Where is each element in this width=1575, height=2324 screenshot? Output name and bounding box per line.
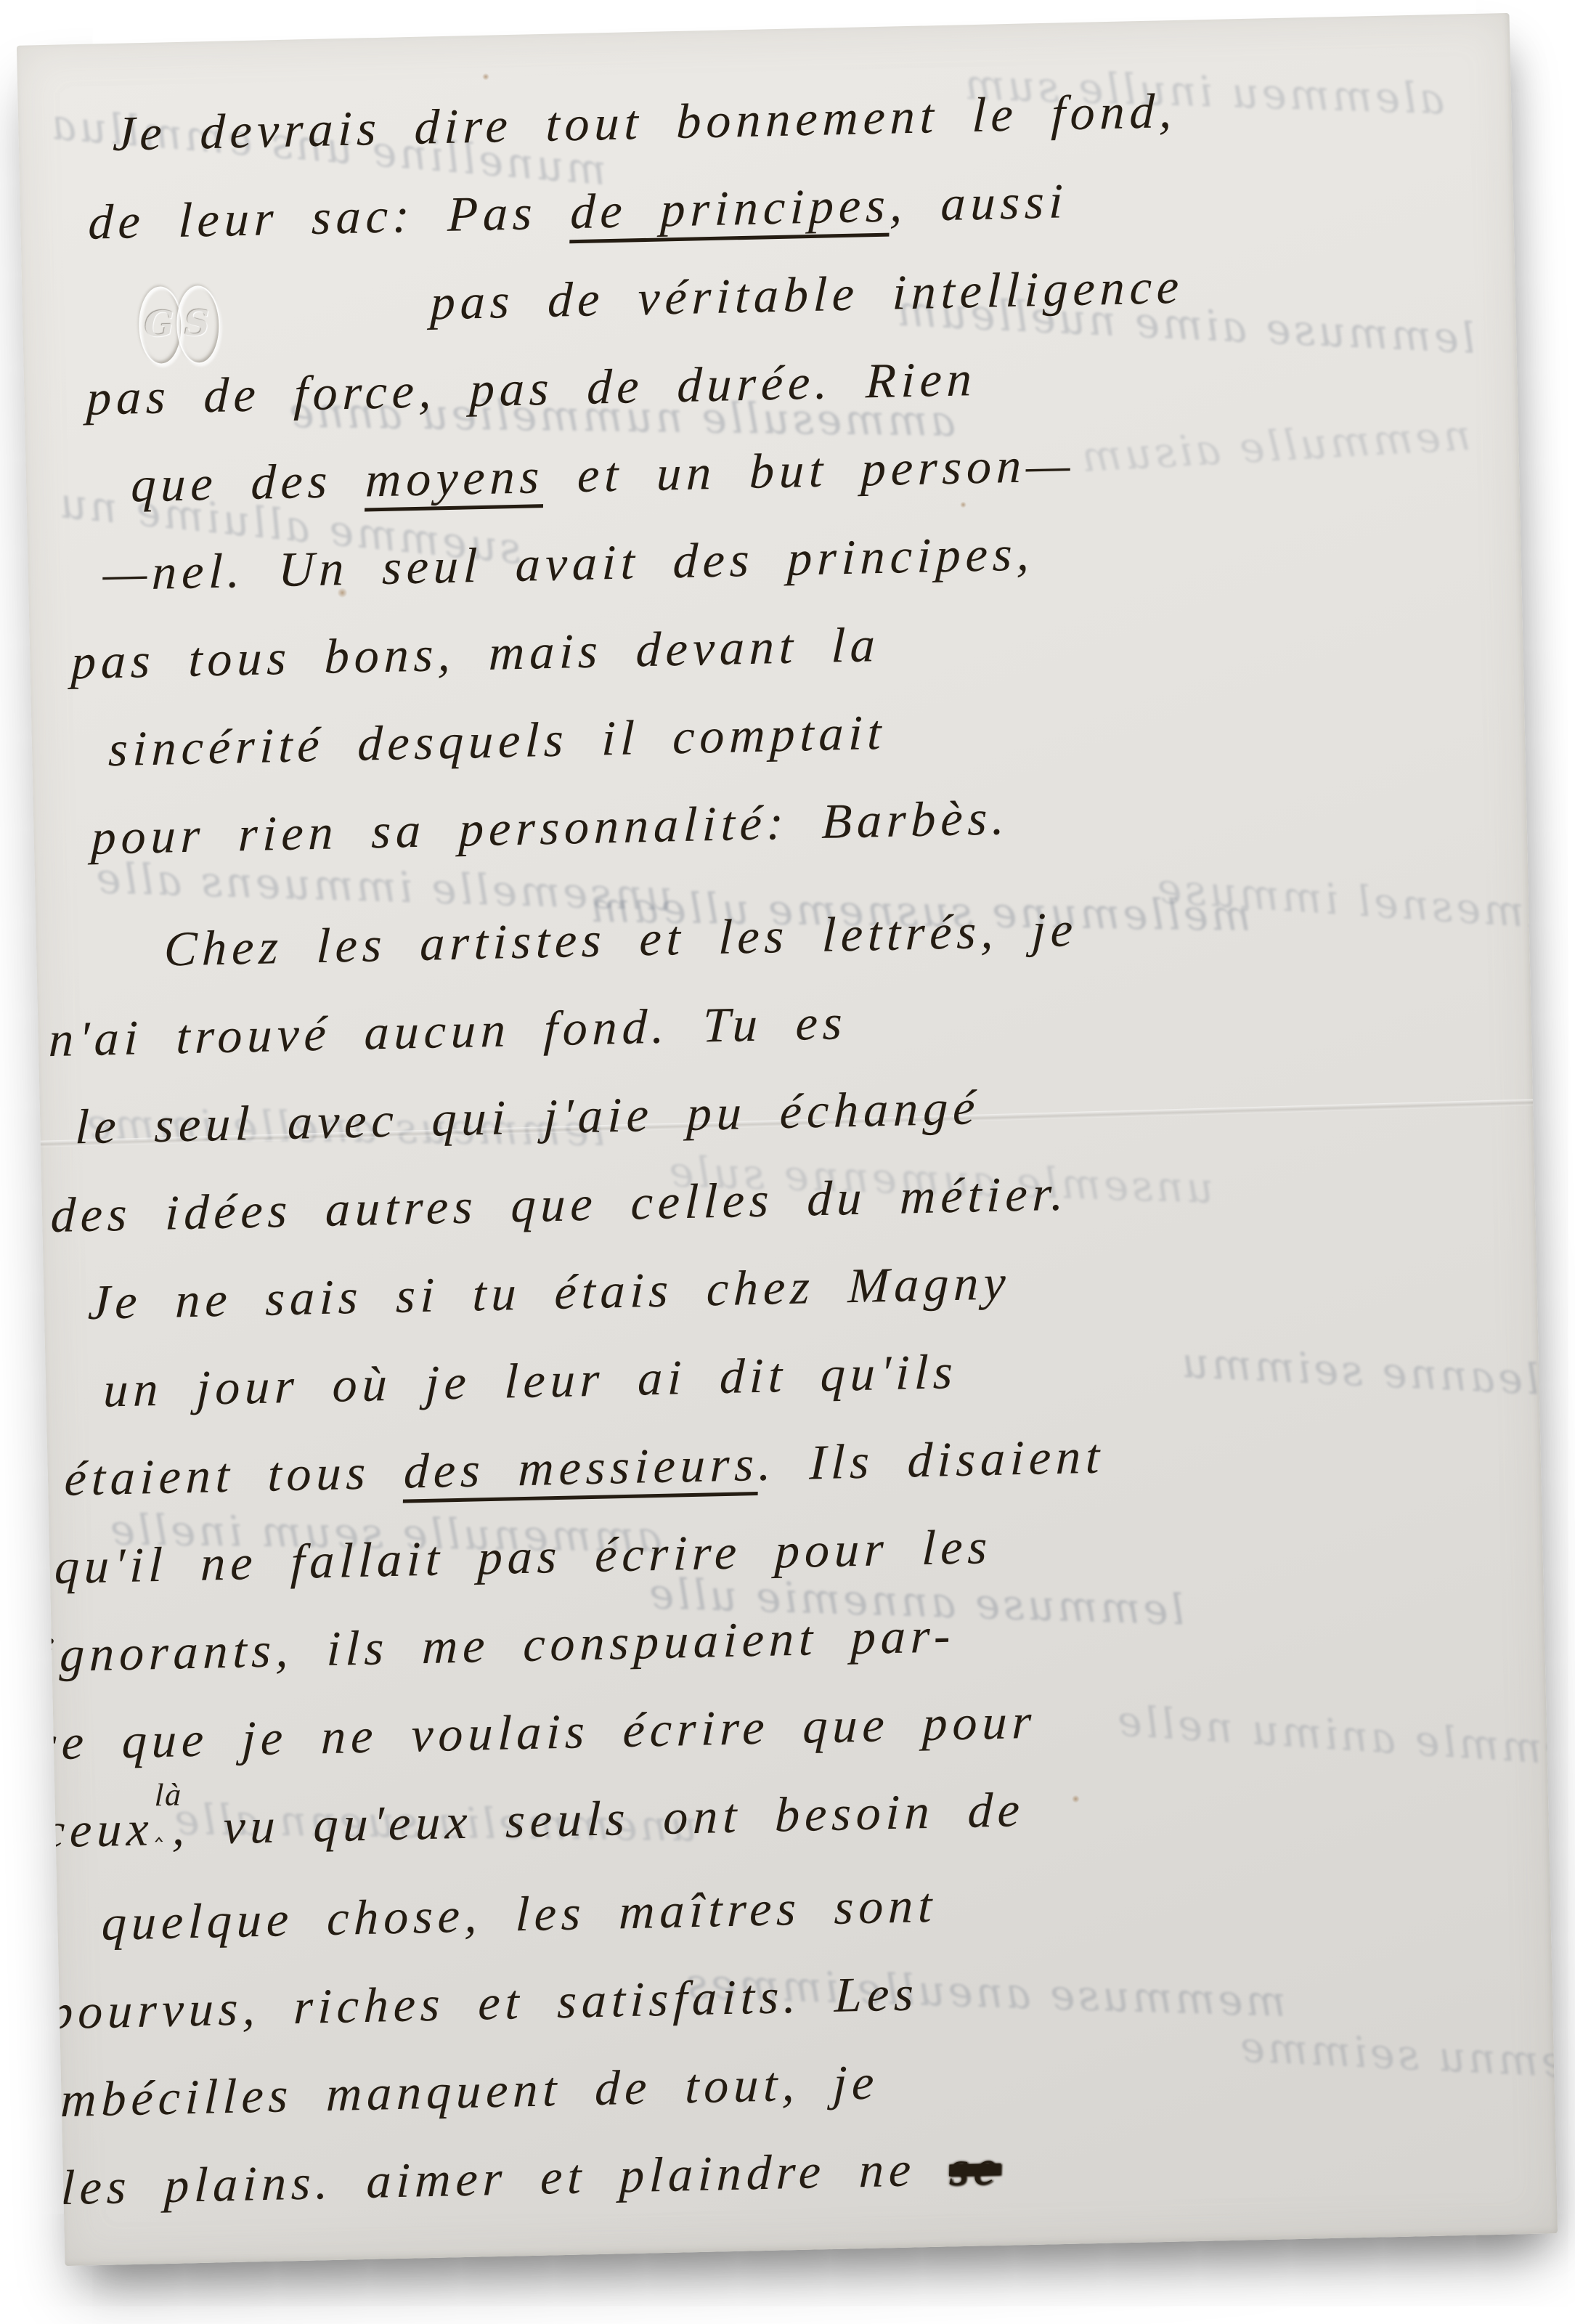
underlined-phrase: des messieurs xyxy=(403,1436,760,1499)
text-segment: Chez les artistes et les lettrés, je xyxy=(163,901,1078,977)
text-segment: que des xyxy=(130,452,366,512)
text-segment: pas de véritable intelligence xyxy=(430,259,1185,330)
interlinear-insertion: là xyxy=(153,1751,175,1840)
text-segment: Je ne sais si tu étais chez Magny xyxy=(87,1254,1012,1330)
text-segment: les plains. aimer et plaindre ne xyxy=(60,2140,951,2215)
text-segment: ce que je ne voulais écrire que pour xyxy=(34,1694,1038,1771)
text-segment: de leur sac: Pas xyxy=(88,184,571,250)
struck-out-word: se xyxy=(948,2140,1001,2196)
text-segment: , aussi xyxy=(890,173,1069,232)
text-segment: sincérité desquels il comptait xyxy=(107,704,887,776)
text-segment: étaient tous xyxy=(64,1444,405,1506)
text-segment: le seul avec qui j'aie pu échangé xyxy=(74,1079,980,1154)
manuscript-text: Je devrais dire tout bonnement le fond,d… xyxy=(17,60,1496,2233)
text-segment: imbécilles manquent de tout, je xyxy=(41,2055,880,2128)
text-segment: et un but person— xyxy=(543,436,1076,503)
text-segment: pas tous bons, mais devant la xyxy=(70,617,881,689)
text-segment: pas de force, pas de durée. Rien xyxy=(86,351,977,426)
text-segment: , vu qu'eux seuls ont besoin de xyxy=(171,1781,1025,1856)
text-segment: n'ai trouvé aucun fond. Tu es xyxy=(48,994,847,1067)
page-background: munelline uns emmlluaalemmeu inulle suma… xyxy=(0,0,1575,2324)
text-segment: quelque chose, les maîtres sont xyxy=(101,1877,938,1951)
text-segment: un jour où je leur ai dit qu'ils xyxy=(102,1344,958,1418)
letter-paper: munelline uns emmlluaalemmeu inulle suma… xyxy=(17,13,1558,2266)
underlined-phrase: de principes xyxy=(569,177,890,240)
text-segment: ignorants, ils me conspuaient par- xyxy=(40,1607,956,1683)
text-segment: ceux xyxy=(42,1800,155,1858)
text-segment: Je devrais dire tout bonnement le fond, xyxy=(112,83,1178,161)
underlined-phrase: moyens xyxy=(365,448,545,507)
text-segment: pour rien sa personnalité: Barbès. xyxy=(91,789,1011,865)
text-segment: . Ils disaient xyxy=(758,1429,1106,1491)
text-segment: des idées autres que celles du métier. xyxy=(50,1166,1070,1243)
text-segment: pourvus, riches et satisfaits. Les xyxy=(47,1965,919,2039)
text-segment: —nel. Un seul avait des principes, xyxy=(102,525,1035,601)
text-segment: qu'il ne fallait pas écrire pour les xyxy=(54,1519,993,1594)
